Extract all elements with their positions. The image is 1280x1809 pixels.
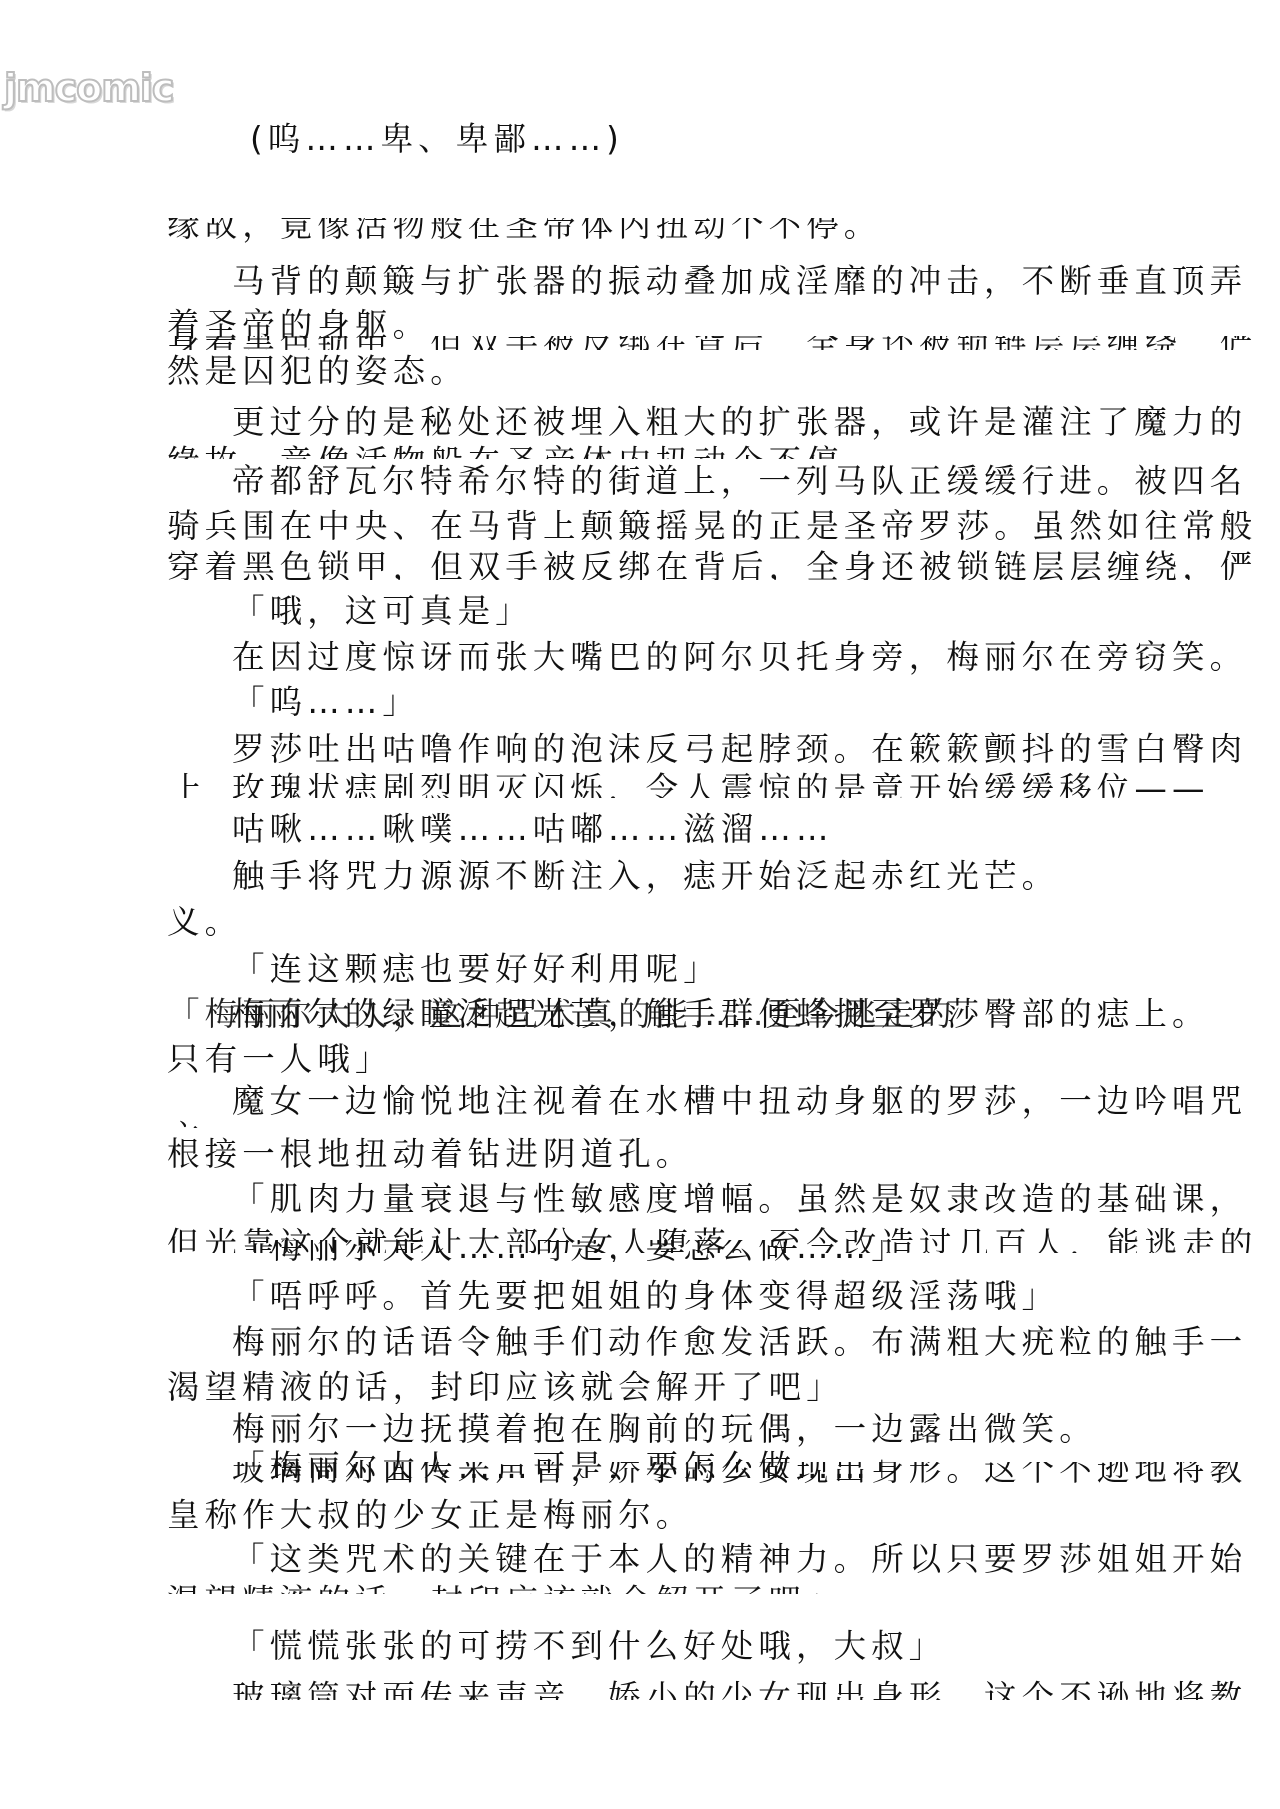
text-line: 罗莎吐出咕噜作响的泡沫反弓起脖颈。在簌簌颤抖的雪白臀肉: [232, 730, 1247, 770]
text-line-content: 皇称作大叔的少女正是梅丽尔。: [167, 1496, 693, 1534]
text-line: 「唔呼呼。首先要把姐姐的身体变得超级淫荡哦」: [232, 1277, 1059, 1317]
text-line-content: 「梅丽尔大人……可是，要怎么做……」: [232, 1240, 909, 1262]
text-line: 「肌肉力量衰退与性敏感度增幅。虽然是奴隶改造的基础课，: [232, 1180, 1247, 1220]
text-line-content: 梅丽尔一边抚摸着抱在胸前的玩偶，一边露出微笑。: [232, 1410, 1097, 1448]
text-line-content: 「呜……」: [232, 683, 420, 721]
text-line: (呜……卑、卑鄙……): [250, 120, 624, 160]
text-line: 梅丽尔的话语令触手们动作愈发活跃。布满粗大疣粒的触手一: [232, 1323, 1247, 1363]
text-line-content: 文: [167, 1118, 205, 1128]
text-line-content: 玻璃筒对面传来声音，娇小的少女现出身形，这个不逊地将教: [232, 1678, 1247, 1700]
text-line-content: 缘故，竟像活物般在圣帝体内扭动个不停。: [167, 443, 881, 459]
text-line-content: 骑兵围在中央、在马背上颠簸摇晃的正是圣帝罗莎。虽然如往常般: [167, 507, 1257, 545]
text-line: 上: [170, 770, 208, 798]
text-line-content: 马背的颠簸与扩张器的振动叠加成淫靡的冲击，不断垂直顶弄: [232, 262, 1247, 300]
text-line-content: 根接一根地扭动着钻进阴道孔。: [167, 1135, 693, 1173]
text-line: 马背的颠簸与扩张器的振动叠加成淫靡的冲击，不断垂直顶弄: [232, 262, 1247, 302]
text-line-content: 「梅丽尔大人……可是，要怎么做……」: [232, 1448, 909, 1478]
text-line-content: 义。: [167, 903, 242, 941]
text-line: 缘故，竟像活物般在圣帝体内扭动个不停。: [167, 443, 881, 459]
text-line: 「哦，这可真是」: [232, 592, 533, 632]
text-line-content: 触手将咒力源源不断注入，痣开始泛起赤红光芒。: [232, 857, 1059, 895]
text-line-content: 「连这颗痣也要好好利用呢」: [232, 950, 721, 988]
text-line: 咕啾……啾噗……咕嘟……滋溜……: [232, 810, 834, 850]
text-line-content: 渴望精液的话，封印应该就会解开了吧」: [167, 1582, 844, 1594]
text-line-content: (呜……卑、卑鄙……): [250, 120, 624, 158]
text-line-content: 上: [170, 770, 208, 798]
text-line-content: 缘故，竟像活物般在圣帝体内扭动个不停。: [167, 218, 881, 244]
text-line-content: 梅丽尔的绿瞳泛起光芒，触手群便蜂拥至罗莎臀部的痣上。: [232, 995, 1210, 1033]
text-line: 「梅丽尔大人……可是，要怎么做……」: [232, 1240, 909, 1262]
text-line: 骑兵围在中央、在马背上颠簸摇晃的正是圣帝罗莎。虽然如往常般: [167, 507, 1257, 547]
text-line-content: 「慌慌张张的可捞不到什么好处哦，大叔」: [232, 1627, 946, 1665]
text-line: 然是囚犯的姿态。: [167, 352, 468, 392]
text-line: 「梅丽尔大人……可是，要怎么做……」: [232, 1448, 909, 1478]
text-line: 「慌慌张张的可捞不到什么好处哦，大叔」: [232, 1627, 946, 1667]
text-line: 玻璃筒对面传来声音，娇小的少女现出身形，这个不逊地将教: [232, 1678, 1247, 1700]
text-line-content: 更过分的是秘处还被埋入粗大的扩张器，或许是灌注了魔力的: [232, 403, 1247, 441]
text-line: 在因过度惊讶而张大嘴巴的阿尔贝托身旁，梅丽尔在旁窃笑。: [232, 638, 1247, 678]
text-line-content: 然是囚犯的姿态。: [167, 352, 468, 390]
text-line-content: 玫瑰状痣剧烈明灭闪烁，令人震惊的是竟开始缓缓移位——: [232, 770, 1210, 798]
text-line: 渴望精液的话，封印应该就会解开了吧」: [167, 1582, 844, 1594]
text-line-content: 「肌肉力量衰退与性敏感度增幅。虽然是奴隶改造的基础课，: [232, 1180, 1247, 1218]
text-line: 义。: [167, 903, 242, 943]
text-line: 梅丽尔一边抚摸着抱在胸前的玩偶，一边露出微笑。: [232, 1410, 1097, 1450]
text-line: 帝都舒瓦尔特希尔特的街道上，一列马队正缓缓行进。被四名: [232, 462, 1247, 502]
text-line-content: 渴望精液的话，封印应该就会解开了吧」: [167, 1368, 844, 1404]
text-line-content: 身着黑色锁甲，但双手被反绑在背后，全身还被锁链层层缠绕，俨: [167, 336, 1257, 350]
text-line-content: 穿着黑色锁甲，但双手被反绑在背后，全身还被锁链层层缠绕，俨: [167, 548, 1257, 580]
text-line: 梅丽尔的绿瞳泛起光芒，触手群便蜂拥至罗莎臀部的痣上。: [232, 995, 1210, 1035]
text-line-content: 在因过度惊讶而张大嘴巴的阿尔贝托身旁，梅丽尔在旁窃笑。: [232, 638, 1247, 676]
text-line: 更过分的是秘处还被埋入粗大的扩张器，或许是灌注了魔力的: [232, 403, 1247, 443]
text-line-content: 只有一人哦」: [167, 1040, 393, 1078]
text-line: 「这类咒术的关键在于本人的精神力。所以只要罗莎姐姐开始: [232, 1540, 1247, 1580]
text-line: 魔女一边愉悦地注视着在水槽中扭动身躯的罗莎，一边吟唱咒: [232, 1082, 1247, 1122]
text-page: (呜……卑、卑鄙……)缘故，竟像活物般在圣帝体内扭动个不停。马背的颠簸与扩张器的…: [0, 0, 1280, 1809]
text-line-content: 罗莎吐出咕噜作响的泡沫反弓起脖颈。在簌簌颤抖的雪白臀肉: [232, 730, 1247, 768]
text-line-content: 魔女一边愉悦地注视着在水槽中扭动身躯的罗莎，一边吟唱咒: [232, 1082, 1247, 1120]
text-line: 缘故，竟像活物般在圣帝体内扭动个不停。: [167, 218, 881, 248]
text-line: 文: [167, 1118, 205, 1128]
text-line: 皇称作大叔的少女正是梅丽尔。: [167, 1496, 693, 1536]
text-line-content: 「唔呼呼。首先要把姐姐的身体变得超级淫荡哦」: [232, 1277, 1059, 1315]
text-line: 渴望精液的话，封印应该就会解开了吧」: [167, 1368, 844, 1404]
text-line: 穿着黑色锁甲，但双手被反绑在背后，全身还被锁链层层缠绕，俨: [167, 548, 1257, 580]
text-line: 触手将咒力源源不断注入，痣开始泛起赤红光芒。: [232, 857, 1059, 897]
text-line-content: 帝都舒瓦尔特希尔特的街道上，一列马队正缓缓行进。被四名: [232, 462, 1247, 500]
text-line: 根接一根地扭动着钻进阴道孔。: [167, 1135, 693, 1175]
text-line: 玫瑰状痣剧烈明灭闪烁，令人震惊的是竟开始缓缓移位——: [232, 770, 1210, 798]
text-line-content: 咕啾……啾噗……咕嘟……滋溜……: [232, 810, 834, 848]
text-line: 「呜……」: [232, 683, 420, 723]
text-line-content: 「哦，这可真是」: [232, 592, 533, 630]
text-line-content: 梅丽尔的话语令触手们动作愈发活跃。布满粗大疣粒的触手一: [232, 1323, 1247, 1361]
text-line: 身着黑色锁甲，但双手被反绑在背后，全身还被锁链层层缠绕，俨: [167, 336, 1257, 350]
text-line: 「连这颗痣也要好好利用呢」: [232, 950, 721, 990]
text-line-content: 「这类咒术的关键在于本人的精神力。所以只要罗莎姐姐开始: [232, 1540, 1247, 1578]
text-line: 只有一人哦」: [167, 1040, 393, 1080]
